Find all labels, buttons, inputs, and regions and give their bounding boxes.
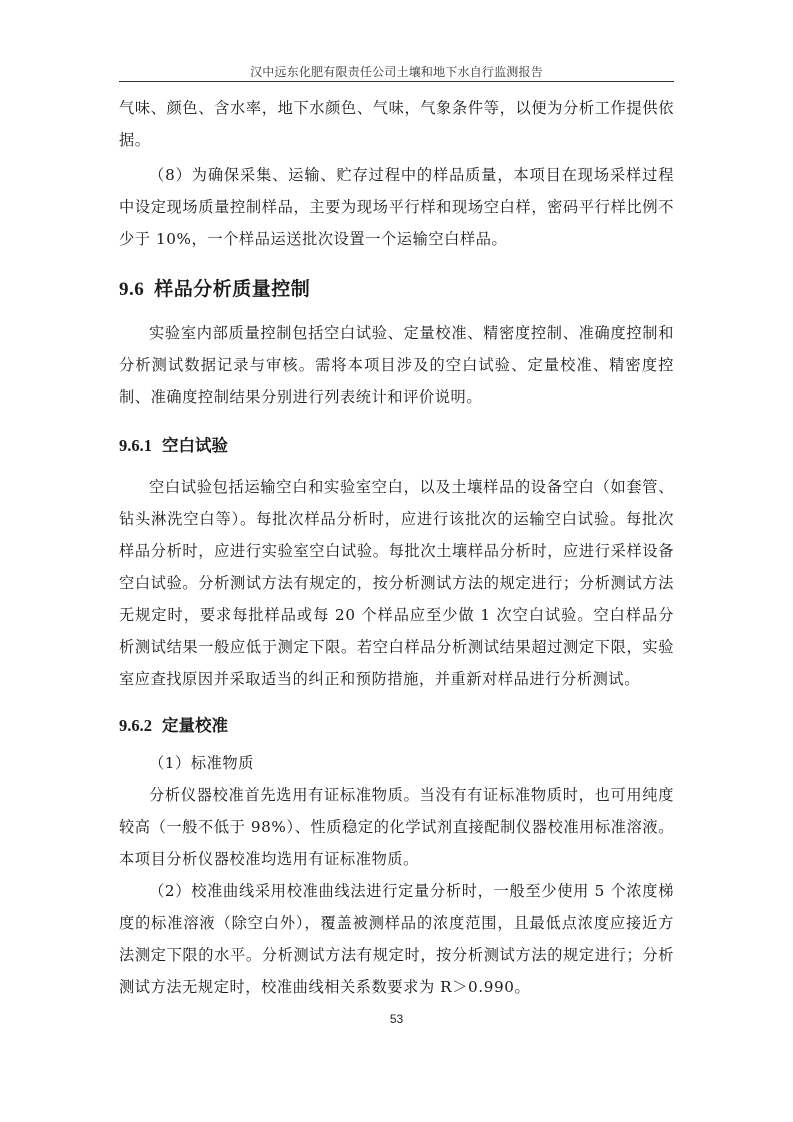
section-title: 定量校准 — [162, 716, 228, 735]
section-number: 9.6 — [119, 279, 144, 300]
section-number: 9.6.2 — [119, 716, 152, 735]
running-header: 汉中远东化肥有限责任公司土壤和地下水自行监测报告 — [119, 63, 674, 80]
paragraph-calibration-curve: （2）校准曲线采用校准曲线法进行定量分析时，一般至少使用 5 个浓度梯度的标准溶… — [119, 875, 674, 1003]
paragraph-item-8: （8）为确保采集、运输、贮存过程中的样品质量，本项目在现场采样过程中设定现场质量… — [119, 159, 674, 255]
section-heading-9-6-1: 9.6.1空白试验 — [119, 435, 674, 457]
paragraph-9-6-intro: 实验室内部质量控制包括空白试验、定量校准、精密度控制、准确度控制和分析测试数据记… — [119, 317, 674, 413]
section-heading-9-6-2: 9.6.2定量校准 — [119, 715, 674, 737]
section-number: 9.6.1 — [119, 436, 152, 455]
continued-paragraph: 气味、颜色、含水率，地下水颜色、气味，气象条件等，以便为分析工作提供依据。 — [119, 92, 674, 156]
paragraph-standard-material: 分析仪器校准首先选用有证标准物质。当没有有证标准物质时，也可用纯度较高（一般不低… — [119, 779, 674, 875]
section-title: 空白试验 — [162, 436, 228, 455]
paragraph-blank-test: 空白试验包括运输空白和实验室空白，以及土壤样品的设备空白（如套管、钻头淋洗空白等… — [119, 471, 674, 695]
document-page: 汉中远东化肥有限责任公司土壤和地下水自行监测报告 气味、颜色、含水率，地下水颜色… — [0, 0, 793, 1122]
section-title: 样品分析质量控制 — [154, 278, 310, 300]
header-divider — [119, 81, 674, 82]
page-body: 气味、颜色、含水率，地下水颜色、气味，气象条件等，以便为分析工作提供依据。 （8… — [119, 92, 674, 1003]
item-label-standard-material: （1）标准物质 — [119, 747, 674, 779]
page-number: 53 — [0, 1012, 793, 1026]
section-heading-9-6: 9.6样品分析质量控制 — [119, 277, 674, 302]
